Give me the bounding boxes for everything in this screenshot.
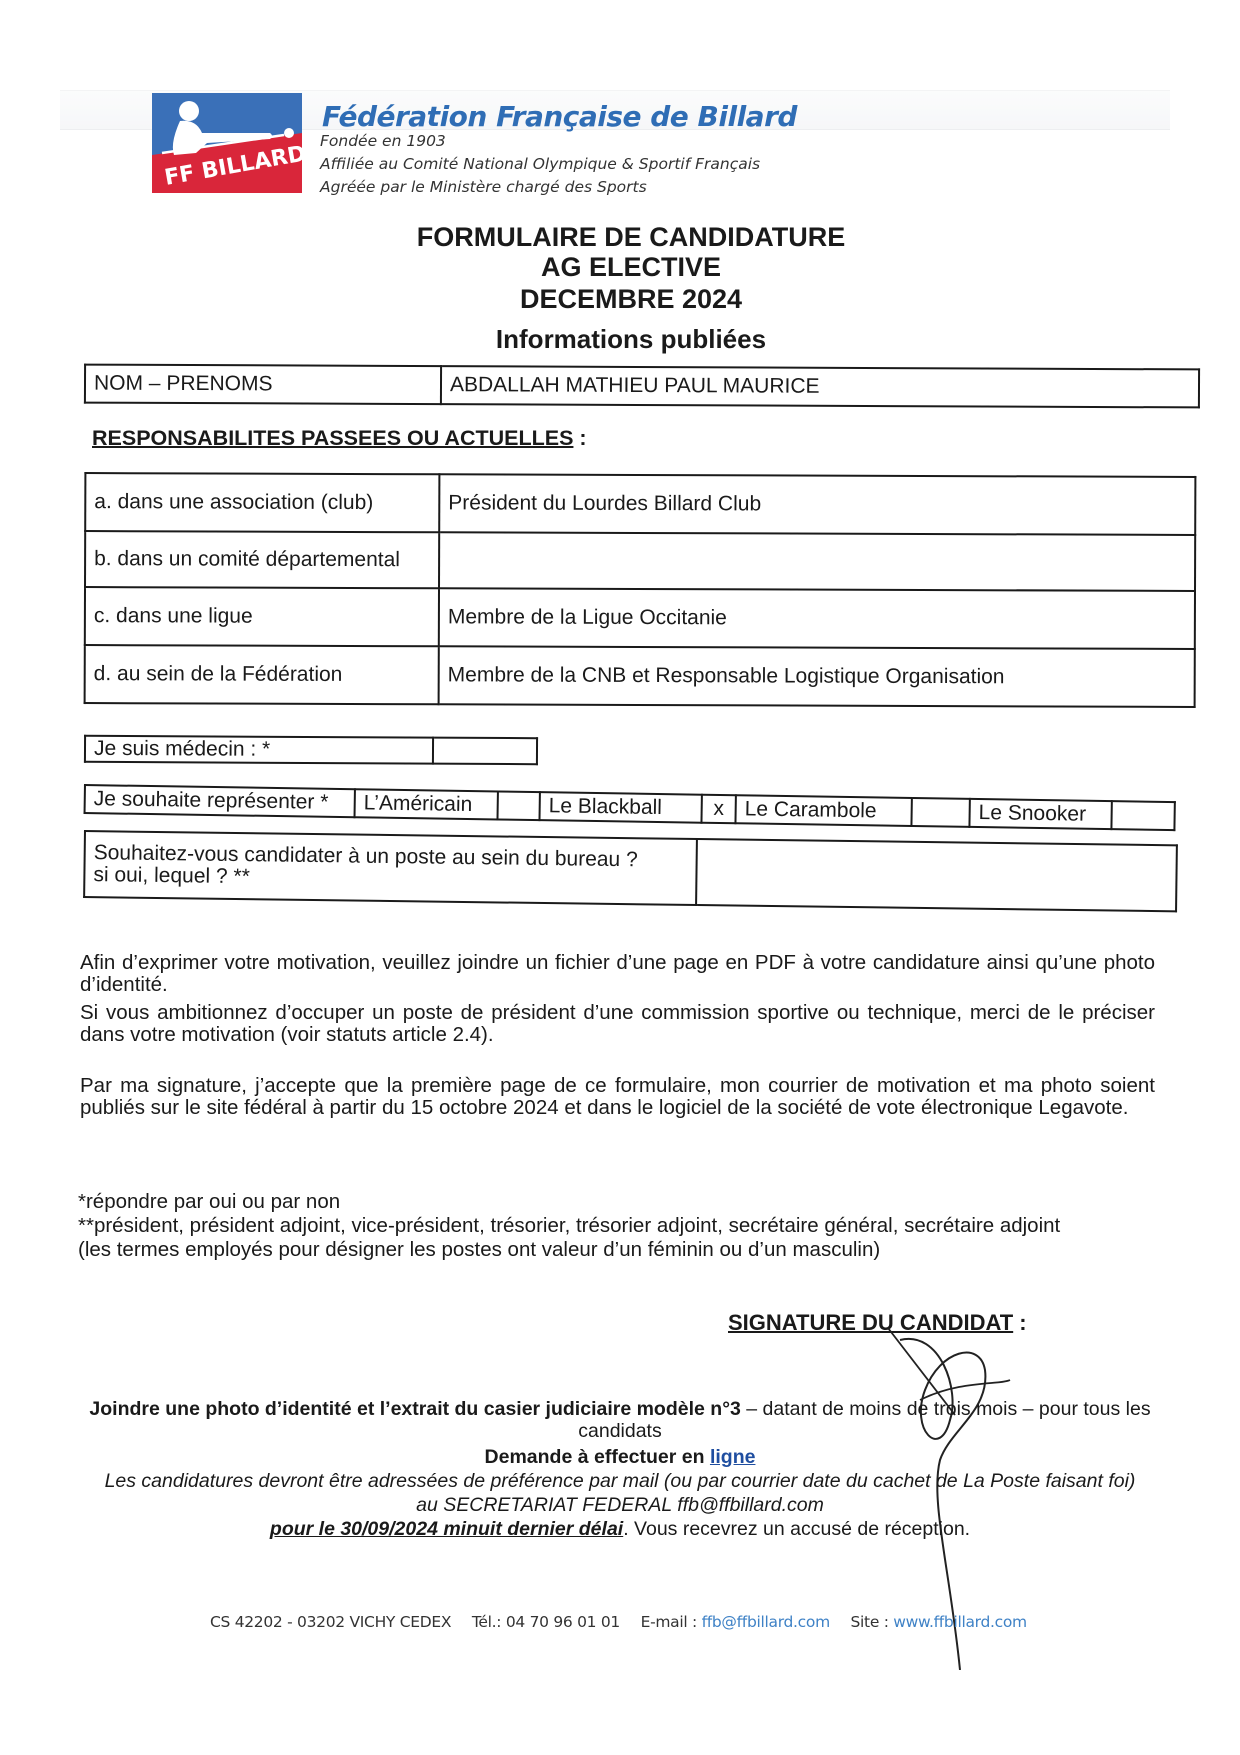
form-title-line3: DECEMBRE 2024 bbox=[0, 284, 1240, 315]
footer-phone: 04 70 96 01 01 bbox=[506, 1613, 620, 1631]
medecin-label: Je suis médecin : * bbox=[85, 736, 433, 764]
send-instructions: Les candidatures devront être adressées … bbox=[70, 1470, 1170, 1492]
name-label: NOM – PRENOMS bbox=[85, 365, 441, 405]
option-checkbox-americain[interactable] bbox=[497, 792, 539, 821]
table-row: d. au sein de la Fédération Membre de la… bbox=[85, 645, 1195, 707]
instruction-publication: Par ma signature, j’accepte que la premi… bbox=[80, 1075, 1155, 1119]
table-row: a. dans une association (club) Président… bbox=[85, 473, 1195, 535]
footer-contact: CS 42202 - 03202 VICHY CEDEX Tél.: 04 70… bbox=[210, 1613, 1027, 1631]
footnote-single: *répondre par oui ou par non bbox=[78, 1190, 340, 1214]
responsibility-label: a. dans une association (club) bbox=[85, 473, 439, 532]
form-title: FORMULAIRE DE CANDIDATURE bbox=[0, 222, 1240, 253]
ffbillard-logo: FF BILLARD bbox=[152, 93, 302, 193]
responsibility-departement-field[interactable] bbox=[439, 532, 1195, 591]
option-label-blackball: Le Blackball bbox=[539, 792, 701, 823]
table-row: b. dans un comité départemental bbox=[85, 531, 1195, 591]
option-label-americain: L’Américain bbox=[355, 789, 498, 819]
option-checkbox-carambole[interactable] bbox=[911, 798, 969, 827]
footnote-double-note: (les termes employés pour désigner les p… bbox=[78, 1238, 880, 1262]
form-subtitle: Informations publiées bbox=[0, 324, 1240, 355]
online-link[interactable]: ligne bbox=[710, 1446, 756, 1468]
bureau-question: Souhaitez-vous candidater à un poste au … bbox=[84, 831, 697, 905]
org-approval: Agréée par le Ministère chargé des Sport… bbox=[320, 178, 647, 196]
bureau-table: Souhaitez-vous candidater à un poste au … bbox=[83, 830, 1178, 912]
table-row: c. dans une ligue Membre de la Ligue Occ… bbox=[85, 587, 1195, 649]
medecin-table: Je suis médecin : * bbox=[84, 735, 538, 765]
identity-table: NOM – PRENOMS ABDALLAH MATHIEU PAUL MAUR… bbox=[84, 364, 1200, 409]
org-founded: Fondée en 1903 bbox=[320, 132, 446, 150]
option-label-carambole: Le Carambole bbox=[735, 795, 911, 826]
org-name: Fédération Française de Billard bbox=[322, 100, 797, 133]
represent-table: Je souhaite représenter * L’Américain Le… bbox=[84, 784, 1176, 831]
requirements-line: Joindre une photo d’identité et l’extrai… bbox=[70, 1398, 1170, 1442]
footer-address: CS 42202 - 03202 VICHY CEDEX bbox=[210, 1613, 451, 1631]
bureau-field[interactable] bbox=[696, 839, 1177, 911]
option-label-snooker: Le Snooker bbox=[969, 799, 1111, 829]
demand-line: Demande à effectuer en ligne bbox=[70, 1446, 1170, 1468]
medecin-field[interactable] bbox=[433, 738, 537, 765]
responsibilities-table: a. dans une association (club) Président… bbox=[84, 472, 1197, 708]
responsibility-label: d. au sein de la Fédération bbox=[85, 645, 439, 704]
name-field[interactable]: ABDALLAH MATHIEU PAUL MAURICE bbox=[441, 366, 1199, 407]
form-title-line2: AG ELECTIVE bbox=[0, 252, 1240, 283]
option-checkbox-snooker[interactable] bbox=[1111, 801, 1174, 830]
responsibilities-heading: RESPONSABILITES PASSEES OU ACTUELLES : bbox=[92, 426, 587, 451]
instruction-motivation: Afin d’exprimer votre motivation, veuill… bbox=[80, 952, 1155, 996]
secretariat-line: au SECRETARIAT FEDERAL ffb@ffbillard.com bbox=[70, 1494, 1170, 1516]
option-checkbox-blackball[interactable]: x bbox=[701, 795, 735, 824]
footer-site-link[interactable]: www.ffbillard.com bbox=[893, 1613, 1027, 1631]
responsibility-label: c. dans une ligue bbox=[85, 587, 439, 646]
responsibility-club-field[interactable]: Président du Lourdes Billard Club bbox=[439, 474, 1195, 535]
represent-label: Je souhaite représenter * bbox=[85, 785, 355, 817]
deadline-line: pour le 30/09/2024 minuit dernier délai.… bbox=[70, 1518, 1170, 1540]
org-affiliation: Affiliée au Comité National Olympique & … bbox=[320, 155, 760, 173]
footnote-double: **président, président adjoint, vice-pré… bbox=[78, 1214, 1060, 1238]
footer-email-link[interactable]: ffb@ffbillard.com bbox=[702, 1613, 830, 1631]
responsibility-label: b. dans un comité départemental bbox=[85, 531, 439, 588]
responsibility-ligue-field[interactable]: Membre de la Ligue Occitanie bbox=[439, 588, 1195, 649]
responsibility-federation-field[interactable]: Membre de la CNB et Responsable Logistiq… bbox=[439, 646, 1195, 707]
instruction-commission: Si vous ambitionnez d’occuper un poste d… bbox=[80, 1002, 1155, 1046]
